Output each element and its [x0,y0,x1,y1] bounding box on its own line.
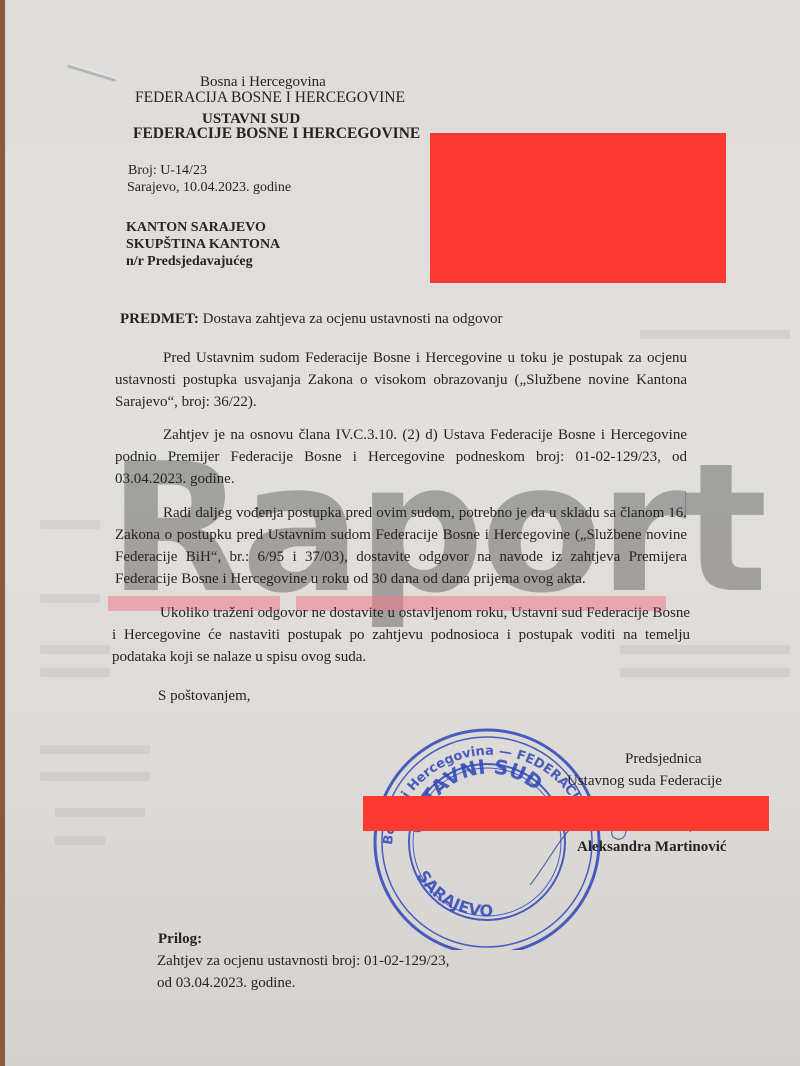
signatory-name: Aleksandra Martinović [577,839,727,856]
attachment-label: Prilog: [158,931,202,948]
recipient-line1: KANTON SARAJEVO [126,220,266,236]
closing-text: S poštovanjem, [158,688,251,705]
subject-text: Dostava zahtjeva za ocjenu ustavnosti na… [203,311,503,327]
signature-title-line2: Ustavnog suda Federacije [567,773,722,790]
body-paragraph-3: Radi daljeg vođenja postupka pred ovim s… [115,502,687,590]
stamp-bottom: SARAJEVO [413,867,493,920]
bleed-through-line [40,520,100,529]
body-paragraph-4: Ukoliko traženi odgovor ne dostavite u o… [112,602,690,668]
reference-number: Broj: U-14/23 [128,163,207,179]
attachment-line1: Zahtjev za ocjenu ustavnosti broj: 01-02… [157,953,449,970]
signature-title-line1: Predsjednica [625,751,702,768]
header-federation: FEDERACIJA BOSNE I HERCEGOVINE [135,89,405,107]
recipient-line3: n/r Predsjedavajućeg [126,254,253,270]
subject-line: PREDMET: Dostava zahtjeva za ocjenu usta… [120,311,503,328]
header-court-line2: FEDERACIJE BOSNE I HERCEGOVINE [133,125,420,143]
body-paragraph-1: Pred Ustavnim sudom Federacije Bosne i H… [115,347,687,413]
bleed-through-line [40,645,110,654]
bleed-through-line [40,772,150,781]
bleed-through-line [620,668,790,677]
subject-label: PREDMET: [120,311,199,327]
redaction-box [430,133,726,283]
bleed-through-line [40,668,110,677]
recipient-line2: SKUPŠTINA KANTONA [126,237,280,253]
bleed-through-line [40,594,100,603]
bleed-through-line [55,808,145,817]
bleed-through-line [40,745,150,754]
bleed-through-line [640,330,790,339]
reference-place-date: Sarajevo, 10.04.2023. godine [127,180,291,196]
signature-redaction [363,796,769,831]
bleed-through-line [55,836,105,845]
svg-text:SARAJEVO: SARAJEVO [413,867,493,920]
attachment-line2: od 03.04.2023. godine. [157,975,295,992]
body-paragraph-2: Zahtjev je na osnovu člana IV.C.3.10. (2… [115,424,687,490]
